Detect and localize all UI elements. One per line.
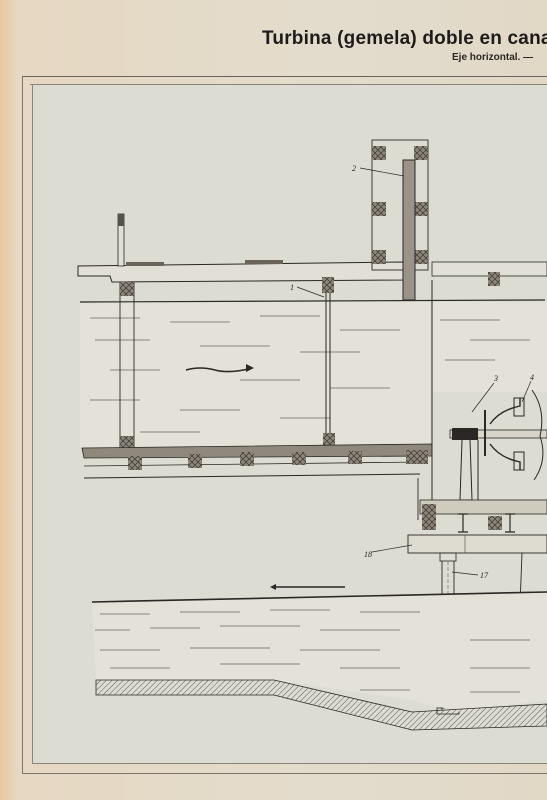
callout-18: 18 [364,550,372,559]
callout-2: 2 [352,164,356,173]
callout-labels: 2 1 3 4 18 17 [0,0,547,800]
callout-17: 17 [480,571,489,580]
callout-4: 4 [530,373,534,382]
callout-3: 3 [493,374,498,383]
callout-1: 1 [290,283,294,292]
plate-page: Turbina (gemela) doble en cana Eje horiz… [0,0,547,800]
bottom-frame-rule [22,773,547,774]
